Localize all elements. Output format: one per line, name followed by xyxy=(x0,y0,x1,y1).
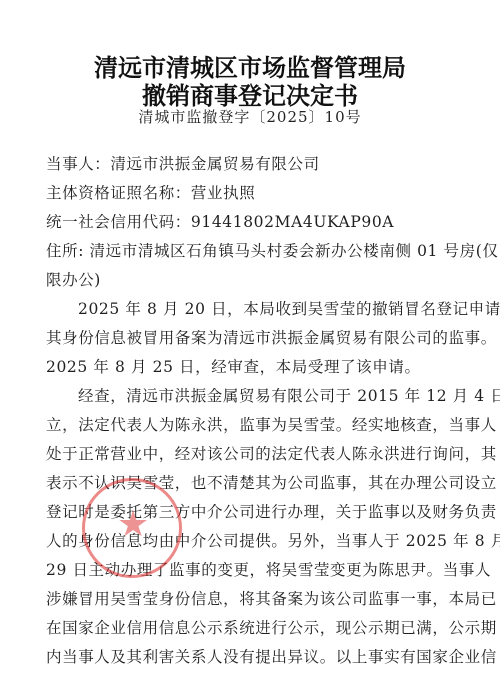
document-number: 清城市监撤登字〔2025〕10号 xyxy=(0,106,500,127)
paragraph2-line: 处于正常营业中，经对该公司的法定代表人陈永洪进行询问，其 xyxy=(46,440,441,469)
party-row: 当事人：清远市洪振金属贸易有限公司 xyxy=(46,150,441,179)
credit-code-row: 统一社会信用代码：91441802MA4UKAP90A xyxy=(46,208,441,237)
credit-code-label: 统一社会信用代码： xyxy=(46,213,191,231)
paragraph1-line: 2025 年 8 月 20 日，本局收到吴雪莹的撤销冒名登记申请称 xyxy=(46,295,441,324)
license-row: 主体资格证照名称：营业执照 xyxy=(46,179,441,208)
license-value: 营业执照 xyxy=(191,184,255,202)
paragraph2-line: 立，法定代表人为陈永洪，监事为吴雪莹。经实地核查，当事人 xyxy=(46,411,441,440)
paragraph2-line: 人的身份信息均由中介公司提供。另外，当事人于 2025 年 8 月 xyxy=(46,527,441,556)
credit-code-value: 91441802MA4UKAP90A xyxy=(191,213,394,231)
license-label: 主体资格证照名称： xyxy=(46,184,191,202)
party-label: 当事人： xyxy=(46,155,110,173)
paragraph2-line: 在国家企业信用信息公示系统进行公示，现公示期已满，公示期 xyxy=(46,614,441,643)
party-value: 清远市洪振金属贸易有限公司 xyxy=(110,155,319,173)
paragraph2-line: 涉嫌冒用吴雪莹身份信息，将其备案为该公司监事一事，本局已 xyxy=(46,585,441,614)
paragraph2-line: 经查，清远市洪振金属贸易有限公司于 2015 年 12 月 4 日成 xyxy=(46,382,441,411)
document-body: 当事人：清远市洪振金属贸易有限公司 主体资格证照名称：营业执照 统一社会信用代码… xyxy=(46,150,441,672)
paragraph2-line: 内当事人及其利害关系人没有提出异议。以上事实有国家企业信 xyxy=(46,643,441,672)
address-line-1: 住所: 清远市清城区石角镇马头村委会新办公楼南侧 01 号房(仅 xyxy=(46,237,441,266)
paragraph2-line: 29 日主动办理了监事的变更，将吴雪莹变更为陈思尹。当事人 xyxy=(46,556,441,585)
address-line-2: 限办公) xyxy=(46,266,441,295)
paragraph1-line: 其身份信息被冒用备案为清远市洪振金属贸易有限公司的监事。 xyxy=(46,324,441,353)
paragraph2-line: 表示不认识吴雪莹，也不清楚其为公司监事，其在办理公司设立 xyxy=(46,469,441,498)
paragraph2-line: 登记时是委托第三方中介公司进行办理，关于监事以及财务负责 xyxy=(46,498,441,527)
paragraph1-line: 2025 年 8 月 25 日，经审查，本局受理了该申请。 xyxy=(46,353,441,382)
